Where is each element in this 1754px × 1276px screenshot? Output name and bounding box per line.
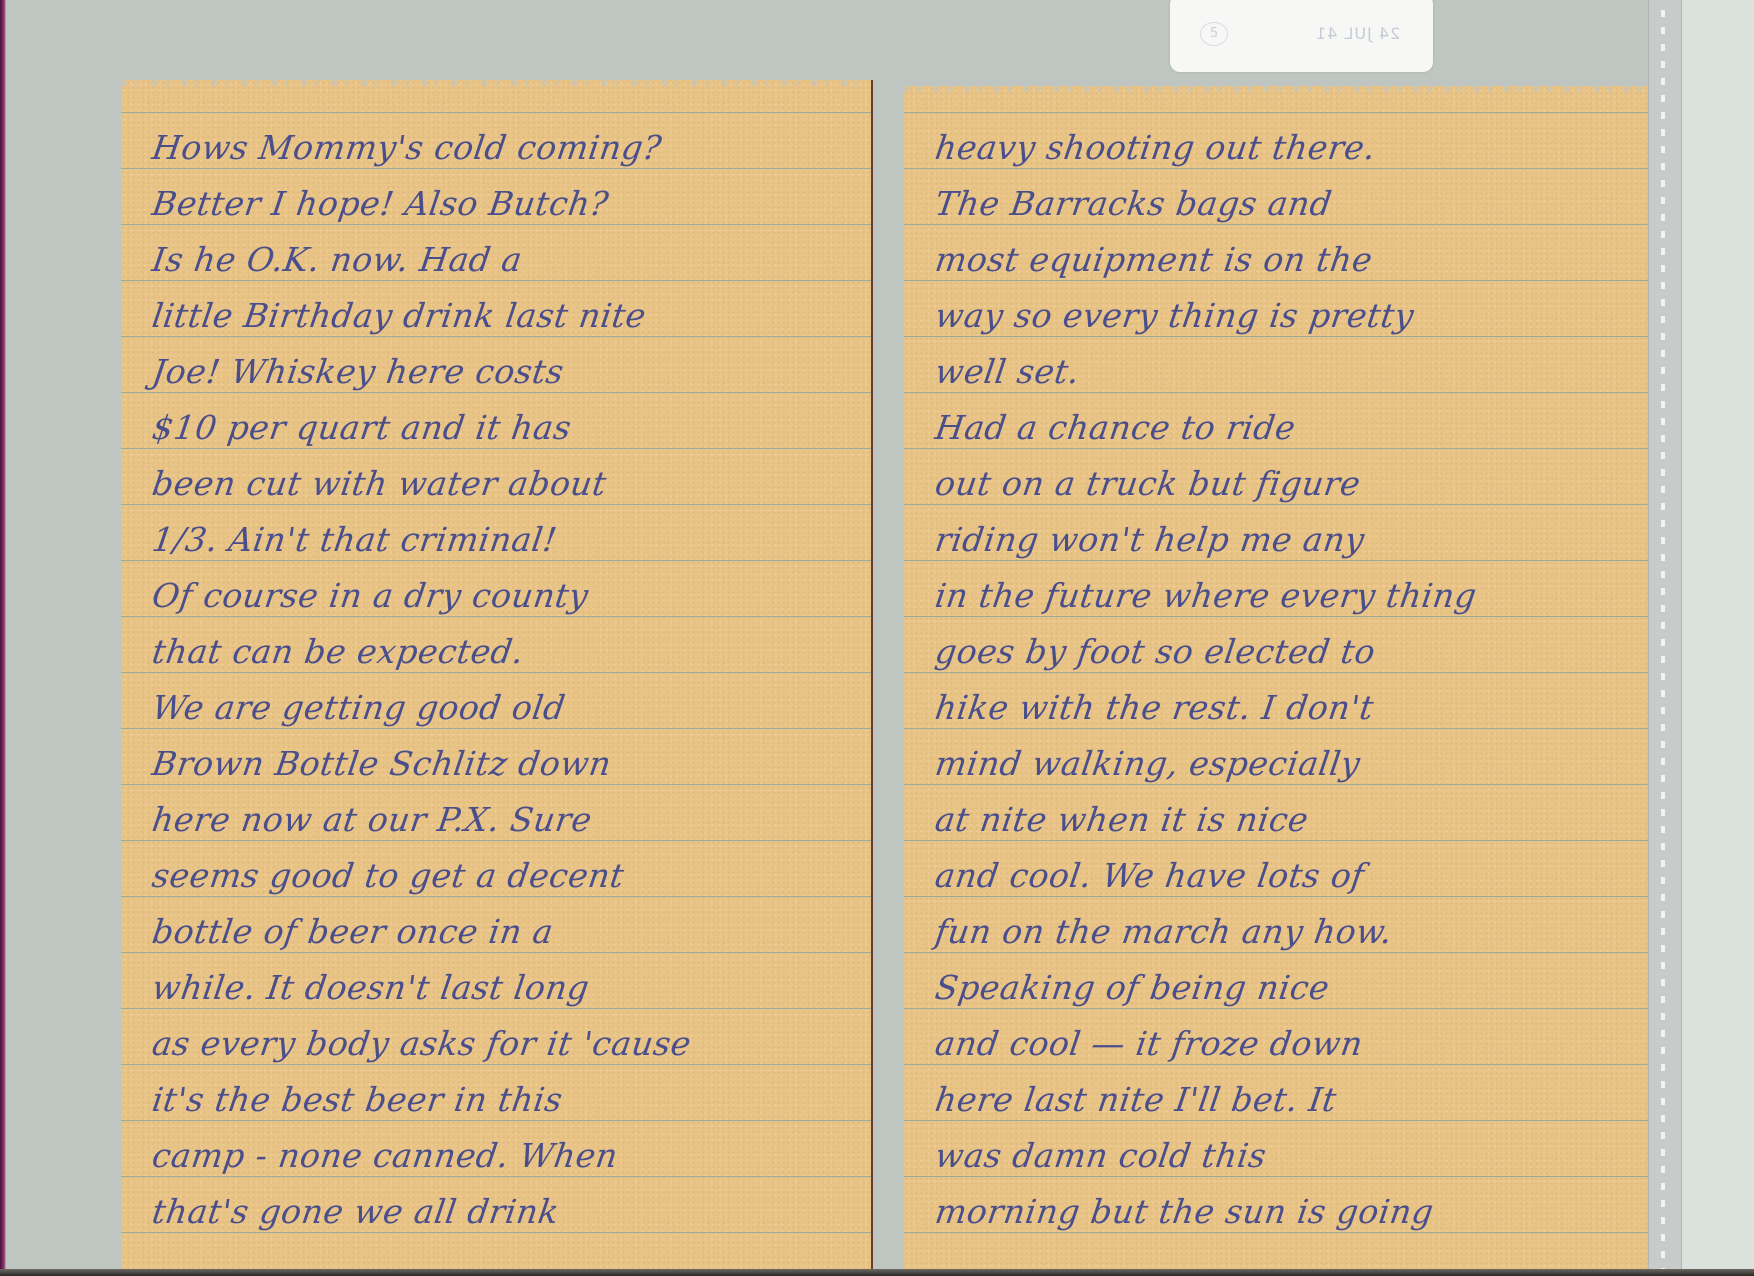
text-line: as every body asks for it 'cause	[149, 1020, 856, 1068]
text-line: was damn cold this	[932, 1132, 1639, 1180]
archive-label: 5 24 JUL 41	[1170, 0, 1433, 72]
text-line: Speaking of being nice	[932, 964, 1639, 1012]
text-line: 1/3. Ain't that criminal!	[149, 516, 856, 564]
label-circle-mark: 5	[1200, 22, 1228, 46]
text-line: way so every thing is pretty	[932, 292, 1639, 340]
text-line: at nite when it is nice	[932, 796, 1639, 844]
handwritten-text: Hows Mommy's cold coming? Better I hope!…	[121, 80, 871, 1270]
sleeve-binding-strip	[1648, 0, 1682, 1270]
text-line: well set.	[932, 348, 1639, 396]
text-line: out on a truck but figure	[932, 460, 1639, 508]
text-line: little Birthday drink last nite	[149, 292, 856, 340]
text-line: Is he O.K. now. Had a	[149, 236, 856, 284]
scan-edge-left	[0, 0, 6, 1276]
text-line: Of course in a dry county	[149, 572, 856, 620]
scan-background-right	[1681, 0, 1754, 1270]
text-line: in the future where every thing	[932, 572, 1639, 620]
text-line: most equipment is on the	[932, 236, 1639, 284]
scan-edge-bottom	[0, 1269, 1754, 1276]
text-line: and cool — it froze down	[932, 1020, 1639, 1068]
text-line: while. It doesn't last long	[149, 964, 856, 1012]
text-line: morning but the sun is going	[932, 1188, 1639, 1236]
text-line: Had a chance to ride	[932, 404, 1639, 452]
text-line: Better I hope! Also Butch?	[149, 180, 856, 228]
text-line: hike with the rest. I don't	[932, 684, 1639, 732]
text-line: here last nite I'll bet. It	[932, 1076, 1639, 1124]
text-line: that can be expected.	[149, 628, 856, 676]
text-line: that's gone we all drink	[149, 1188, 856, 1236]
text-line: it's the best beer in this	[149, 1076, 856, 1124]
text-line: The Barracks bags and	[932, 180, 1639, 228]
text-line: riding won't help me any	[932, 516, 1639, 564]
text-line: Brown Bottle Schlitz down	[149, 740, 856, 788]
text-line: and cool. We have lots of	[932, 852, 1639, 900]
text-line: here now at our P.X. Sure	[149, 796, 856, 844]
text-line: We are getting good old	[149, 684, 856, 732]
text-line: $10 per quart and it has	[149, 404, 856, 452]
letter-page-left: Hows Mommy's cold coming? Better I hope!…	[121, 80, 873, 1270]
text-line: bottle of beer once in a	[149, 908, 856, 956]
text-line: heavy shooting out there.	[932, 124, 1639, 172]
handwritten-text: heavy shooting out there. The Barracks b…	[904, 86, 1648, 1270]
letter-page-right: heavy shooting out there. The Barracks b…	[904, 86, 1648, 1270]
text-line: seems good to get a decent	[149, 852, 856, 900]
text-line: camp - none canned. When	[149, 1132, 856, 1180]
text-line: mind walking, especially	[932, 740, 1639, 788]
text-line: goes by foot so elected to	[932, 628, 1639, 676]
text-line: been cut with water about	[149, 460, 856, 508]
text-line: Hows Mommy's cold coming?	[149, 124, 856, 172]
text-line: Joe! Whiskey here costs	[149, 348, 856, 396]
text-line: fun on the march any how.	[932, 908, 1639, 956]
label-code: 24 JUL 41	[1315, 24, 1400, 43]
